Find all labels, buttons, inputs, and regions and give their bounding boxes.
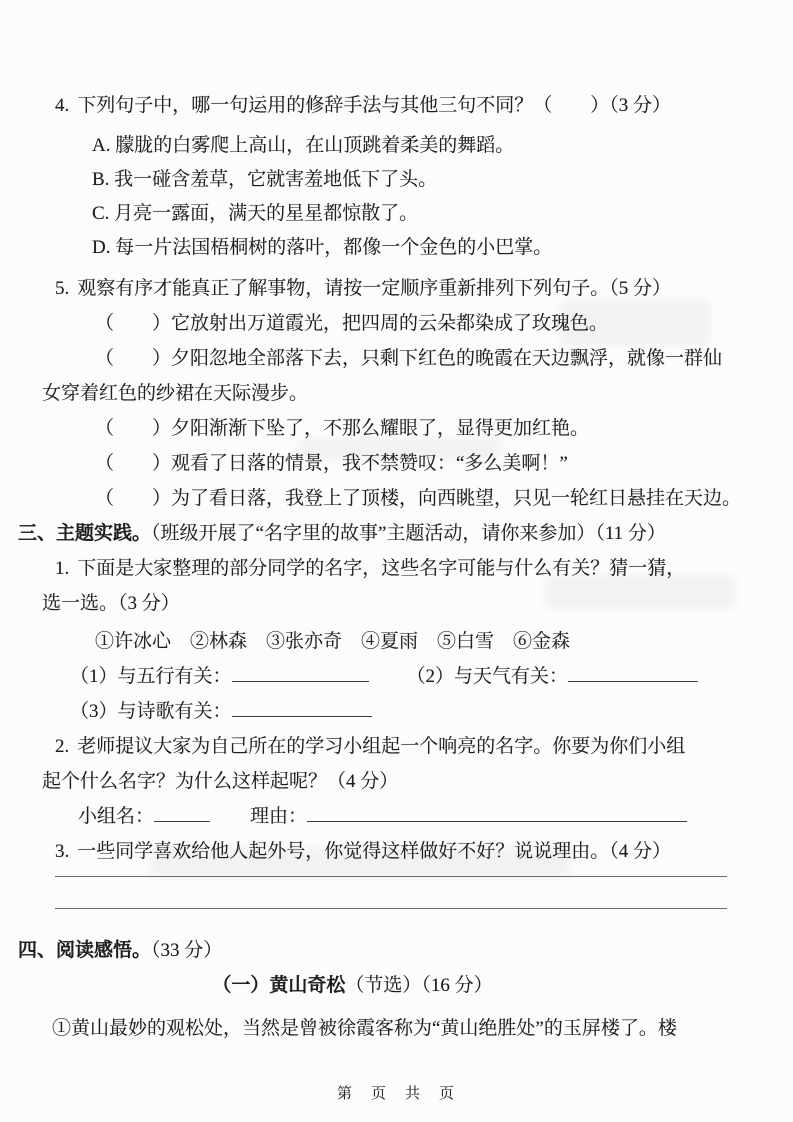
s3-q3-number: 3. <box>55 834 69 869</box>
s3-q1-text: 下面是大家整理的部分同学的名字，这些名字可能与什么有关？猜一猜， <box>77 558 685 579</box>
question-5-text: 观察有序才能真正了解事物，请按一定顺序重新排列下列句子。（5 分） <box>77 278 671 299</box>
question-4-text: 下列句子中，哪一句运用的修辞手法与其他三句不同？（ ）（3 分） <box>77 95 671 116</box>
reason-label: 理由： <box>250 806 307 827</box>
question-4-options: A. 朦胧的白雾爬上高山，在山顶跳着柔美的舞蹈。 B. 我一碰含羞草，它就害羞地… <box>0 129 793 265</box>
answer-blank-group-name <box>154 801 210 822</box>
question-5-item-continuation: 女穿着红色的纱裙在天际漫步。 <box>42 376 793 411</box>
s3-q1-blank-row-2: （3）与诗歌有关： <box>70 694 793 729</box>
s3-q1-number: 1. <box>55 551 69 586</box>
section-3-header: 三、主题实践。（班级开展了“名字里的故事”主题活动，请你来参加）（11 分） <box>18 516 793 551</box>
question-5-item: （ ）它放射出万道霞光，把四周的云朵都染成了玫瑰色。 <box>95 306 793 341</box>
s3-q1-line1: 1.下面是大家整理的部分同学的名字，这些名字可能与什么有关？猜一猜， <box>55 551 793 586</box>
s3-q1-line2: 选一选。（3 分） <box>42 586 793 621</box>
s3-q2-line1: 2.老师提议大家为自己所在的学习小组起一个响亮的名字。你要为你们小组 <box>55 729 793 764</box>
answer-line <box>55 869 727 877</box>
section-4-title: 四、阅读感悟。 <box>18 940 151 961</box>
s3-q3-stem: 3.一些同学喜欢给他人起外号，你觉得这样做好不好？说说理由。（4 分） <box>55 834 793 869</box>
s3-q2-number: 2. <box>55 729 69 764</box>
answer-blank-reason <box>307 801 687 822</box>
reading-title-main: （一）黄山奇松 <box>212 975 345 996</box>
question-5-item: （ ）夕阳渐渐下坠了，不那么耀眼了，显得更加红艳。 <box>95 411 793 446</box>
s3-q1-name-list: ①许冰心 ②林森 ③张亦奇 ④夏雨 ⑤白雪 ⑥金森 <box>95 624 793 659</box>
blank-label-weather: （2）与天气有关： <box>407 666 569 687</box>
section-4-subtitle: （33 分） <box>151 940 222 961</box>
blank-label-poetry: （3）与诗歌有关： <box>70 701 232 722</box>
option-c: C. 月亮一露面，满天的星星都惊散了。 <box>92 197 793 231</box>
section-4-header: 四、阅读感悟。（33 分） <box>18 933 793 968</box>
exam-paper-page: 4.下列句子中，哪一句运用的修辞手法与其他三句不同？（ ）（3 分） A. 朦胧… <box>0 0 793 1122</box>
question-5-item: （ ）为了看日落，我登上了顶楼，向西眺望，只见一轮红日悬挂在天边。 <box>95 481 793 516</box>
option-b: B. 我一碰含羞草，它就害羞地低下了头。 <box>92 163 793 197</box>
option-a: A. 朦胧的白雾爬上高山，在山顶跳着柔美的舞蹈。 <box>92 129 793 163</box>
s3-q2-line2: 起个什么名字？为什么这样起呢？（4 分） <box>42 764 793 799</box>
section-3-title: 三、主题实践。 <box>18 523 151 544</box>
page-footer: 第 页 共 页 <box>0 1082 793 1103</box>
s3-q1-blank-row-1: （1）与五行有关：（2）与天气有关： <box>70 659 793 694</box>
option-d: D. 每一片法国梧桐树的落叶，都像一个金色的小巴掌。 <box>92 231 793 265</box>
reading-paragraph-1: ①黄山最妙的观松处，当然是曾被徐霞客称为“黄山绝胜处”的玉屏楼了。楼 <box>52 1011 793 1046</box>
question-5-stem: 5.观察有序才能真正了解事物，请按一定顺序重新排列下列句子。（5 分） <box>55 271 793 306</box>
reading-title-note: （节选）（16 分） <box>345 975 492 996</box>
question-5-number: 5. <box>55 271 69 306</box>
answer-line <box>55 877 727 909</box>
question-5-item: （ ）夕阳忽地全部落下去，只剩下红色的晚霞在天边飘浮，就像一群仙 <box>95 341 793 376</box>
exam-content: 4.下列句子中，哪一句运用的修辞手法与其他三句不同？（ ）（3 分） A. 朦胧… <box>0 0 793 1046</box>
answer-blank-five-elements <box>232 661 369 682</box>
group-name-label: 小组名： <box>78 806 154 827</box>
blank-label-five-elements: （1）与五行有关： <box>70 666 232 687</box>
answer-blank-poetry <box>232 696 372 717</box>
answer-blank-weather <box>568 661 698 682</box>
s3-q2-text: 老师提议大家为自己所在的学习小组起一个响亮的名字。你要为你们小组 <box>77 736 685 757</box>
question-5-item: （ ）观看了日落的情景，我不禁赞叹：“多么美啊！” <box>95 446 793 481</box>
s3-q3-text: 一些同学喜欢给他人起外号，你觉得这样做好不好？说说理由。（4 分） <box>77 841 671 862</box>
question-4-stem: 4.下列句子中，哪一句运用的修辞手法与其他三句不同？（ ）（3 分） <box>55 88 793 123</box>
section-3-subtitle: （班级开展了“名字里的故事”主题活动，请你来参加）（11 分） <box>151 523 666 544</box>
s3-q2-answer-row: 小组名：理由： <box>78 799 793 834</box>
question-4-number: 4. <box>55 88 69 123</box>
reading-passage-title: （一）黄山奇松（节选）（16 分） <box>0 968 793 1003</box>
